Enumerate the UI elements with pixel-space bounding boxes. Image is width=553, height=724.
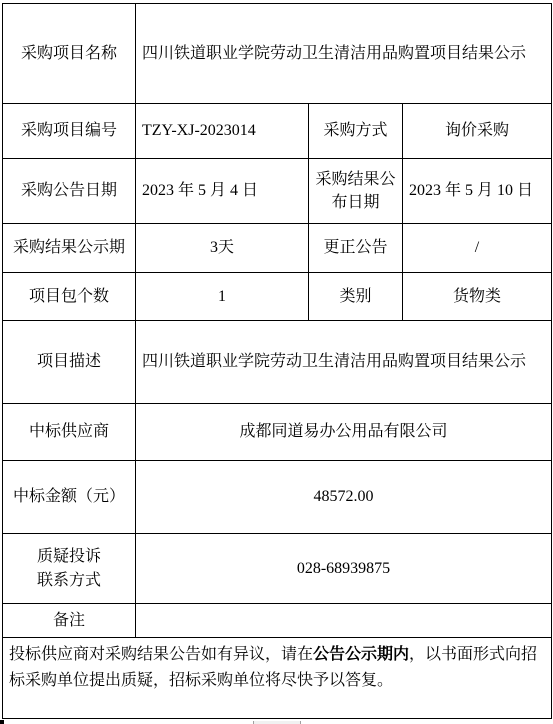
project-name-label: 采购项目名称: [3, 4, 136, 104]
project-description-value: 四川铁道职业学院劳动卫生清洁用品购置项目结果公示: [136, 321, 552, 404]
announcement-date-label: 采购公告日期: [3, 159, 136, 224]
category-value: 货物类: [403, 273, 552, 321]
table-row: 项目包个数 1 类别 货物类: [3, 273, 552, 321]
result-publish-date-value: 2023 年 5 月 10 日: [403, 159, 552, 224]
procurement-method-label: 采购方式: [309, 104, 403, 159]
project-number-label: 采购项目编号: [3, 104, 136, 159]
table-row: 采购项目名称 四川铁道职业学院劳动卫生清洁用品购置项目结果公示: [3, 4, 552, 104]
remarks-label: 备注: [3, 604, 136, 638]
table-row: 项目描述 四川铁道职业学院劳动卫生清洁用品购置项目结果公示: [3, 321, 552, 404]
procurement-result-table: 采购项目名称 四川铁道职业学院劳动卫生清洁用品购置项目结果公示 采购项目编号 T…: [2, 3, 552, 719]
footer-note-bold: 公告公示期内: [313, 646, 409, 663]
package-count-label: 项目包个数: [3, 273, 136, 321]
table-row: 备注: [3, 604, 552, 638]
project-name-value: 四川铁道职业学院劳动卫生清洁用品购置项目结果公示: [136, 4, 552, 104]
text-caret-mark: [0, 720, 4, 724]
complaint-contact-label: 质疑投诉 联系方式: [3, 534, 136, 604]
footer-note-pre: 投标供应商对采购结果公告如有异议，请在: [9, 646, 313, 663]
publicity-period-value: 3天: [136, 224, 309, 273]
project-description-label: 项目描述: [3, 321, 136, 404]
table-row: 采购公告日期 2023 年 5 月 4 日 采购结果公 布日期 2023 年 5…: [3, 159, 552, 224]
correction-notice-value: /: [403, 224, 552, 273]
project-number-value: TZY-XJ-2023014: [136, 104, 309, 159]
result-publish-date-label: 采购结果公 布日期: [309, 159, 403, 224]
footer-note: 投标供应商对采购结果公告如有异议，请在公告公示期内，以书面形式向招标采购单位提出…: [3, 638, 552, 719]
correction-notice-label: 更正公告: [309, 224, 403, 273]
winning-supplier-label: 中标供应商: [3, 404, 136, 461]
table-row: 中标金额（元） 48572.00: [3, 461, 552, 534]
announcement-date-value: 2023 年 5 月 4 日: [136, 159, 309, 224]
procurement-method-value: 询价采购: [403, 104, 552, 159]
winning-supplier-value: 成都同道易办公用品有限公司: [136, 404, 552, 461]
table-row: 采购项目编号 TZY-XJ-2023014 采购方式 询价采购: [3, 104, 552, 159]
table-row: 投标供应商对采购结果公告如有异议，请在公告公示期内，以书面形式向招标采购单位提出…: [3, 638, 552, 719]
table-row: 中标供应商 成都同道易办公用品有限公司: [3, 404, 552, 461]
package-count-value: 1: [136, 273, 309, 321]
winning-amount-value: 48572.00: [136, 461, 552, 534]
winning-amount-label: 中标金额（元）: [3, 461, 136, 534]
table-row: 质疑投诉 联系方式 028-68939875: [3, 534, 552, 604]
complaint-contact-value: 028-68939875: [136, 534, 552, 604]
remarks-value: [136, 604, 552, 638]
publicity-period-label: 采购结果公示期: [3, 224, 136, 273]
category-label: 类别: [309, 273, 403, 321]
table-row: 采购结果公示期 3天 更正公告 /: [3, 224, 552, 273]
